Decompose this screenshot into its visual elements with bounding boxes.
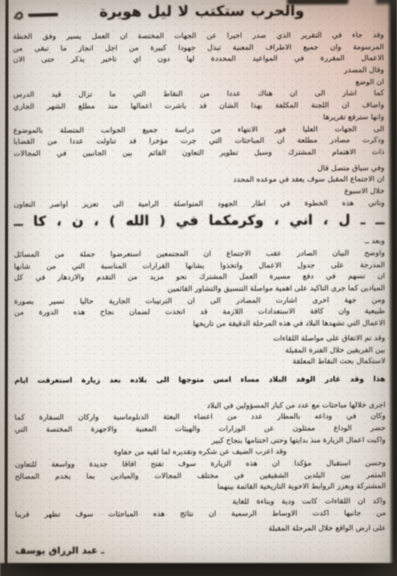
- text-line: وقد تم الاتفاق على مواصلة اللقاءات: [218, 332, 385, 344]
- text-line: لاستكمال بحث النقاط المعلقة: [267, 355, 386, 367]
- text-line: ذات الاهتمام المشترك وسبل تطوير التعاون …: [13, 146, 384, 159]
- scan-left-rule: [4, 0, 8, 567]
- text-line: خلال الاسبوع: [303, 185, 385, 197]
- text-line: واكد ان اللقاءات كانت ودية وبناءة للغاية: [182, 495, 386, 508]
- text-line: واكبت اعمال الزيارة منذ بدايتها وحتى اخت…: [119, 434, 386, 447]
- document-title: والحرب ستكتب لا ليل هويرة: [91, 0, 313, 25]
- text-line: بين الفريقين خلال الفترة المقبلة: [244, 344, 385, 356]
- signature-row: ـ عبد الرزاق يوسف: [15, 535, 386, 558]
- text-line: الاعمال التي تشهدها البلاد في هذه المرحل…: [107, 317, 385, 330]
- scan-bottom-bar: [0, 563, 397, 576]
- text-line: وبعد ــ: [340, 235, 385, 247]
- scan-skew-layer: والحرب ستكتب لا ليل هويرة وقد جاء في الت…: [0, 0, 397, 576]
- handwritten-mark: [12, 3, 64, 25]
- document-body: وقد جاء في التقرير الذي صدر اخيرا عن الج…: [13, 29, 386, 536]
- subheading-line: ــ ـ ل ، اني ، وكرمكما في ( الله ) ، ن ،…: [14, 208, 385, 237]
- text-line: من جانبها اكدت الاوساط الرسمية ان نتائج …: [15, 507, 386, 520]
- signature: ـ عبد الرزاق يوسف: [15, 544, 141, 558]
- scan-right-strip: [388, 0, 397, 576]
- text-line: على ارض الواقع خلال المرحلة المقبلة: [208, 523, 386, 535]
- text-line: ان الوضع: [317, 76, 384, 88]
- text-line: وانها سترفع تقريرها: [266, 111, 385, 123]
- text-line: المشتركة ويعزز الروابط الاخوية التاريخية…: [59, 481, 386, 494]
- text-line: وقال المصدر: [302, 64, 384, 76]
- text-line: وفي سياق متصل قال: [243, 162, 384, 174]
- text-line: هذا وقد غادر الوفد البلاد مساء امس متوجه…: [14, 373, 385, 386]
- scan-top-smudge: [287, 0, 349, 5]
- text-line: ان الاجتماع المقبل سوف يعقد في موعده الم…: [199, 173, 385, 185]
- scanned-document-page: والحرب ستكتب لا ليل هويرة وقد جاء في الت…: [0, 0, 397, 576]
